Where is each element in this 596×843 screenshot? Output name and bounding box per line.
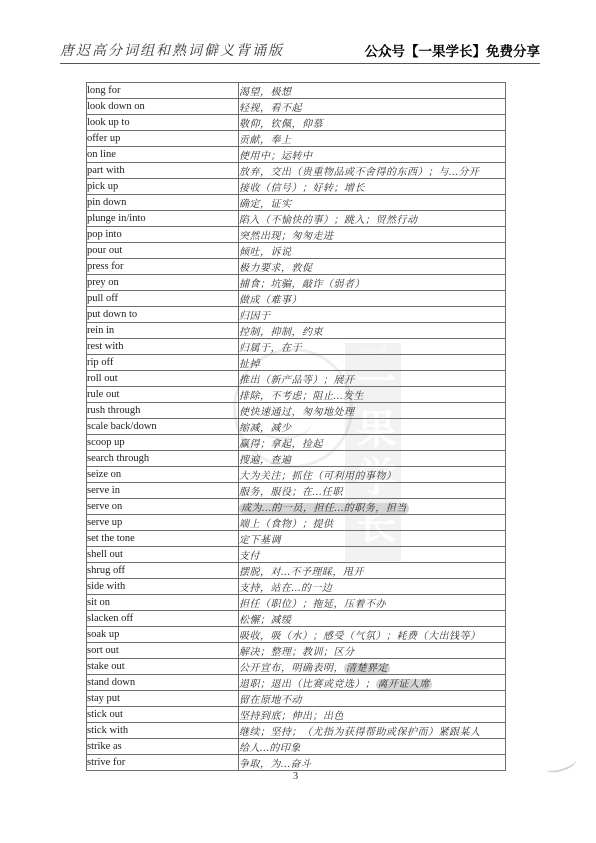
meaning-cell: 陷入（不愉快的事）；跳入；贸然行动 — [239, 211, 506, 227]
table-row: long for渴望，极想 — [87, 83, 506, 99]
phrase-cell: rein in — [87, 323, 239, 339]
table-row: stake out公开宣布，明确表明，清楚界定 — [87, 659, 506, 675]
phrase-cell: pick up — [87, 179, 239, 195]
phrase-cell: press for — [87, 259, 239, 275]
scan-artifact-mark — [544, 752, 579, 775]
phrase-cell: look down on — [87, 99, 239, 115]
table-row: rein in控制，抑制，约束 — [87, 323, 506, 339]
table-row: offer up贡献，奉上 — [87, 131, 506, 147]
phrase-cell: stake out — [87, 659, 239, 675]
phrase-cell: scoop up — [87, 435, 239, 451]
table-row: scoop up赢得；拿起，捡起 — [87, 435, 506, 451]
phrase-cell: slacken off — [87, 611, 239, 627]
meaning-cell: 使快速通过，匆匆地处理 — [239, 403, 506, 419]
phrase-cell: put down to — [87, 307, 239, 323]
table-row: shell out支付 — [87, 547, 506, 563]
phrase-cell: stick out — [87, 707, 239, 723]
meaning-cell: 解决；整理；教训；区分 — [239, 643, 506, 659]
meaning-cell: 接收（信号）；好转；增长 — [239, 179, 506, 195]
meaning-cell: 吸收，吸（水）；感受（气氛）；耗费（大出钱等） — [239, 627, 506, 643]
phrase-cell: rush through — [87, 403, 239, 419]
table-row: serve up端上（食物）；提供 — [87, 515, 506, 531]
table-row: roll out推出（新产品等）；展开 — [87, 371, 506, 387]
meaning-cell: 赢得；拿起，捡起 — [239, 435, 506, 451]
phrase-cell: serve on — [87, 499, 239, 515]
meaning-cell: 极力要求，敦促 — [239, 259, 506, 275]
phrase-cell: search through — [87, 451, 239, 467]
meaning-cell: 渴望，极想 — [239, 83, 506, 99]
phrase-cell: pull off — [87, 291, 239, 307]
phrase-cell: stick with — [87, 723, 239, 739]
meaning-cell: 坚持到底；伸出；出色 — [239, 707, 506, 723]
meaning-cell: 服务，服役；在…任职 — [239, 483, 506, 499]
phrase-table: long for渴望，极想look down on轻视，看不起look up t… — [86, 82, 506, 771]
table-row: sort out解决；整理；教训；区分 — [87, 643, 506, 659]
meaning-cell: 给人…的印象 — [239, 739, 506, 755]
phrase-cell: look up to — [87, 115, 239, 131]
meaning-cell: 轻视，看不起 — [239, 99, 506, 115]
meaning-cell: 退职；退出（比赛或竞选）；离开证人席 — [239, 675, 506, 691]
header-divider — [60, 63, 540, 64]
table-row: strike as给人…的印象 — [87, 739, 506, 755]
meaning-cell: 公开宣布，明确表明，清楚界定 — [239, 659, 506, 675]
table-row: stay put留在原地不动 — [87, 691, 506, 707]
table-row: put down to归因于 — [87, 307, 506, 323]
phrase-cell: sort out — [87, 643, 239, 659]
phrase-cell: pour out — [87, 243, 239, 259]
table-row: rule out排除，不考虑；阻止…发生 — [87, 387, 506, 403]
table-row: slacken off松懈；减缓 — [87, 611, 506, 627]
meaning-cell: 松懈；减缓 — [239, 611, 506, 627]
meaning-cell: 控制，抑制，约束 — [239, 323, 506, 339]
phrase-cell: prey on — [87, 275, 239, 291]
meaning-cell: 倾吐，诉说 — [239, 243, 506, 259]
table-row: pull off做成（难事） — [87, 291, 506, 307]
table-row: part with放弃，交出（贵重物品或不舍得的东西）；与…分开 — [87, 163, 506, 179]
phrase-cell: set the tone — [87, 531, 239, 547]
table-row: side with支持，站在…的一边 — [87, 579, 506, 595]
phrase-cell: shell out — [87, 547, 239, 563]
meaning-cell: 搜遍，查遍 — [239, 451, 506, 467]
table-row: on line使用中；运转中 — [87, 147, 506, 163]
meaning-cell: 推出（新产品等）；展开 — [239, 371, 506, 387]
table-row: press for极力要求，敦促 — [87, 259, 506, 275]
phrase-table-body: long for渴望，极想look down on轻视，看不起look up t… — [87, 83, 506, 771]
table-row: scale back/down缩减，减少 — [87, 419, 506, 435]
document-title: 唐迟高分词组和熟词僻义背诵版 — [60, 40, 284, 60]
document-page: 唐迟高分词组和熟词僻义背诵版 公众号【一果学长】免费分享 公众号 一果学长 lo… — [0, 0, 596, 843]
table-row: rest with归属于，在于 — [87, 339, 506, 355]
phrase-cell: part with — [87, 163, 239, 179]
table-row: search through搜遍，查遍 — [87, 451, 506, 467]
phrase-cell: offer up — [87, 131, 239, 147]
meaning-cell: 大为关注；抓住（可利用的事物） — [239, 467, 506, 483]
meaning-cell: 争取，为…奋斗 — [239, 755, 506, 771]
table-row: soak up吸收，吸（水）；感受（气氛）；耗费（大出钱等） — [87, 627, 506, 643]
table-row: stick with继续；坚持；（尤指为获得帮助或保护而）紧跟某人 — [87, 723, 506, 739]
meaning-cell: 放弃，交出（贵重物品或不舍得的东西）；与…分开 — [239, 163, 506, 179]
table-row: look down on轻视，看不起 — [87, 99, 506, 115]
phrase-cell: long for — [87, 83, 239, 99]
meaning-cell: 突然出现；匆匆走进 — [239, 227, 506, 243]
page-header: 唐迟高分词组和熟词僻义背诵版 公众号【一果学长】免费分享 — [60, 36, 540, 60]
meaning-cell: 归属于，在于 — [239, 339, 506, 355]
phrase-cell: pin down — [87, 195, 239, 211]
table-row: pick up接收（信号）；好转；增长 — [87, 179, 506, 195]
meaning-cell: 端上（食物）；提供 — [239, 515, 506, 531]
meaning-cell: 支付 — [239, 547, 506, 563]
table-row: plunge in/into陷入（不愉快的事）；跳入；贸然行动 — [87, 211, 506, 227]
table-row: look up to敬仰，钦佩，仰慕 — [87, 115, 506, 131]
phrase-cell: on line — [87, 147, 239, 163]
phrase-cell: serve up — [87, 515, 239, 531]
phrase-cell: serve in — [87, 483, 239, 499]
phrase-cell: rest with — [87, 339, 239, 355]
table-row: stand down退职；退出（比赛或竞选）；离开证人席 — [87, 675, 506, 691]
meaning-cell: 继续；坚持；（尤指为获得帮助或保护而）紧跟某人 — [239, 723, 506, 739]
table-row: seize on大为关注；抓住（可利用的事物） — [87, 467, 506, 483]
table-row: sit on担任（职位）；拖延，压着不办 — [87, 595, 506, 611]
phrase-cell: stay put — [87, 691, 239, 707]
phrase-cell: stand down — [87, 675, 239, 691]
table-row: serve in服务，服役；在…任职 — [87, 483, 506, 499]
table-row: set the tone定下基调 — [87, 531, 506, 547]
meaning-cell: 定下基调 — [239, 531, 506, 547]
table-row: shrug off摆脱，对…不予理睬，甩开 — [87, 563, 506, 579]
meaning-cell: 贡献，奉上 — [239, 131, 506, 147]
table-row: rush through使快速通过，匆匆地处理 — [87, 403, 506, 419]
highlight-annotation: 清楚界定 — [344, 663, 390, 674]
page-number: 3 — [86, 771, 505, 782]
phrase-cell: sit on — [87, 595, 239, 611]
meaning-cell: 使用中；运转中 — [239, 147, 506, 163]
wechat-account-banner: 公众号【一果学长】免费分享 — [365, 40, 541, 60]
phrase-cell: rule out — [87, 387, 239, 403]
phrase-cell: strive for — [87, 755, 239, 771]
meaning-cell: 支持，站在…的一边 — [239, 579, 506, 595]
table-row: pin down确定，证实 — [87, 195, 506, 211]
meaning-cell: 缩减，减少 — [239, 419, 506, 435]
meaning-cell: 摆脱，对…不予理睬，甩开 — [239, 563, 506, 579]
meaning-cell: 排除，不考虑；阻止…发生 — [239, 387, 506, 403]
table-row: pour out倾吐，诉说 — [87, 243, 506, 259]
phrase-cell: seize on — [87, 467, 239, 483]
table-row: stick out坚持到底；伸出；出色 — [87, 707, 506, 723]
highlight-annotation: 成为…的一员，担任…的职务，担当 — [239, 503, 409, 514]
table-row: prey on捕食；坑骗，敲诈（弱者） — [87, 275, 506, 291]
meaning-cell: 归因于 — [239, 307, 506, 323]
meaning-cell: 成为…的一员，担任…的职务，担当 — [239, 499, 506, 515]
phrase-cell: pop into — [87, 227, 239, 243]
meaning-cell: 捕食；坑骗，敲诈（弱者） — [239, 275, 506, 291]
meaning-cell: 留在原地不动 — [239, 691, 506, 707]
phrase-cell: strike as — [87, 739, 239, 755]
meaning-cell: 敬仰，钦佩，仰慕 — [239, 115, 506, 131]
table-row: pop into突然出现；匆匆走进 — [87, 227, 506, 243]
phrase-cell: roll out — [87, 371, 239, 387]
meaning-cell: 确定，证实 — [239, 195, 506, 211]
phrase-cell: scale back/down — [87, 419, 239, 435]
table-row: rip off扯掉 — [87, 355, 506, 371]
meaning-cell: 担任（职位）；拖延，压着不办 — [239, 595, 506, 611]
meaning-cell: 扯掉 — [239, 355, 506, 371]
phrase-cell: soak up — [87, 627, 239, 643]
phrase-cell: rip off — [87, 355, 239, 371]
phrase-cell: shrug off — [87, 563, 239, 579]
highlight-annotation: 离开证人席 — [376, 679, 433, 690]
table-row: strive for争取，为…奋斗 — [87, 755, 506, 771]
phrase-cell: plunge in/into — [87, 211, 239, 227]
phrase-cell: side with — [87, 579, 239, 595]
meaning-cell: 做成（难事） — [239, 291, 506, 307]
table-row: serve on成为…的一员，担任…的职务，担当 — [87, 499, 506, 515]
